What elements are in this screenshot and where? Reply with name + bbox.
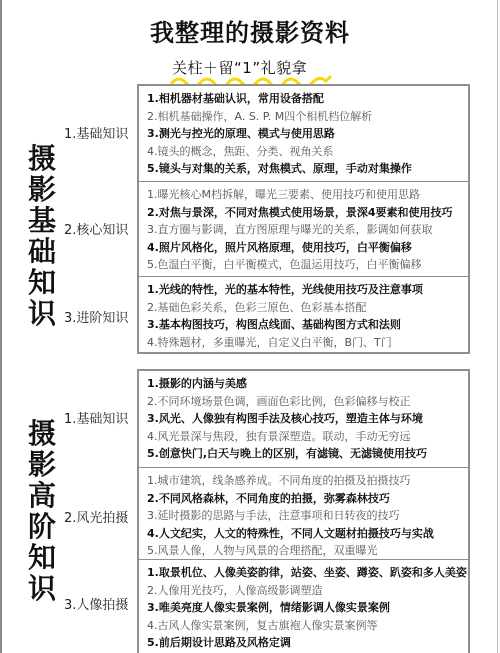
side-title-char: 影 xyxy=(22,449,62,480)
list-item: 5.风景人像，人物与风景的合理搭配，双重曝光 xyxy=(147,542,468,560)
side-title-char: 知 xyxy=(22,542,62,573)
side-title-char: 识 xyxy=(22,298,62,329)
list-item: 2.基础色彩关系，色彩三原色、色彩基本搭配 xyxy=(147,299,468,317)
section-box: 1.光线的特性，光的基本特性，光线使用技巧及注意事项2.基础色彩关系，色彩三原色… xyxy=(139,276,468,356)
section-label: 2.核心知识 xyxy=(64,219,136,238)
list-item: 4.风光景深与焦段，独有景深塑造。联动，手动无穷远 xyxy=(147,428,468,446)
list-item: 3.基本构图技巧，构图点线面、基础构图方式和法则 xyxy=(147,316,468,334)
list-item: 1.相机器材基础认识，常用设备搭配 xyxy=(147,90,468,108)
list-item: 3.风光、人像独有构图手法及核心技巧，塑造主体与环境 xyxy=(147,410,468,428)
section-box: 1.曝光核心M档拆解，曝光三要素、使用技巧和使用思路2.对焦与景深，不同对焦模式… xyxy=(139,181,468,276)
list-item: 3.延时摄影的思路与手法，注意事项和日转夜的技巧 xyxy=(147,507,468,525)
list-item: 2.人像用光技巧，人像高级影调塑造 xyxy=(147,582,468,600)
list-item: 1.摄影的内涵与美感 xyxy=(147,375,468,393)
list-item: 1.取景机位、人像美姿韵律，站姿、坐姿、蹲姿、趴姿和多人美姿 xyxy=(147,564,468,582)
list-item: 3.测光与控光的原理、模式与使用思路 xyxy=(147,125,468,143)
list-item: 4.特殊题材，多重曝光，自定义白平衡，B门、T门 xyxy=(147,334,468,352)
section-box: 1.城市建筑，线条感养成。不同角度的拍摄及拍摄技巧2.不同风格森林，不同角度的拍… xyxy=(139,467,468,559)
list-item: 3.唯美亮度人像实景案例，情绪影调人像实景案例 xyxy=(147,599,468,617)
list-item: 3.直方圈与影调，直方图原理与曝光的关系，影调如何获取 xyxy=(147,221,468,239)
list-item: 1.曝光核心M档拆解，曝光三要素、使用技巧和使用思路 xyxy=(147,186,468,204)
list-item: 5.创意快门,白天与晚上的区别，有滤镜、无滤镜使用技巧 xyxy=(147,445,468,463)
list-item: 4.照片风格化，照片风格原理，使用技巧，白平衡偏移 xyxy=(147,239,468,257)
section-box: 1.相机器材基础认识，常用设备搭配2.相机基础操作，A. S. P. M四个相机… xyxy=(139,86,468,181)
list-item: 2.相机基础操作，A. S. P. M四个相机档位解析 xyxy=(147,108,468,126)
page-title: 我整理的摄影资料 xyxy=(0,13,500,48)
side-title-char: 摄 xyxy=(22,143,62,174)
side-title-char: 阶 xyxy=(22,511,62,542)
side-title-char: 知 xyxy=(22,267,62,298)
content-group-advanced: 1.摄影的内涵与美感2.不同环境场景色调，画面色彩比例，色彩偏移与校正3.风光、… xyxy=(137,369,470,653)
list-item: 5.前后期设计思路及风格定调 xyxy=(147,634,468,652)
section-label: 1.基础知识 xyxy=(64,408,136,427)
side-title-char: 高 xyxy=(22,480,62,511)
side-title-char: 影 xyxy=(22,174,62,205)
list-item: 4.镜头的概念，焦距、分类、视角关系 xyxy=(147,143,468,161)
list-item: 5.镜头与对集的关系，对焦模式、原理，手动对集操作 xyxy=(147,160,468,178)
list-item: 4.人文纪实，人文的特殊性，不同人文题材拍摄技巧与实战 xyxy=(147,525,468,543)
section-box: 1.摄影的内涵与美感2.不同环境场景色调，画面色彩比例，色彩偏移与校正3.风光、… xyxy=(139,371,468,467)
list-item: 4.古风人像实景案例，复古旗袍人像实景案例等 xyxy=(147,617,468,635)
list-item: 2.不同风格森林，不同角度的拍摄，弥雾森林技巧 xyxy=(147,490,468,508)
side-title-char: 摄 xyxy=(22,418,62,449)
list-item: 2.不同环境场景色调，画面色彩比例，色彩偏移与校正 xyxy=(147,393,468,411)
section-label: 3.进阶知识 xyxy=(64,307,136,326)
part-title-basic: 摄影基础知识 xyxy=(22,143,62,329)
part-title-advanced: 摄影高阶知识 xyxy=(22,418,62,604)
list-item: 2.对焦与景深，不同对焦模式使用场景，景深4要素和使用技巧 xyxy=(147,204,468,222)
list-item: 5.色温白平衡，白平衡模式，色温运用技巧，白平衡偏移 xyxy=(147,256,468,274)
list-item: 1.城市建筑，线条感养成。不同角度的拍摄及拍摄技巧 xyxy=(147,472,468,490)
section-label: 1.基础知识 xyxy=(64,123,136,142)
section-box: 1.取景机位、人像美姿韵律，站姿、坐姿、蹲姿、趴姿和多人美姿2.人像用光技巧，人… xyxy=(139,559,468,653)
side-title-char: 基 xyxy=(22,205,62,236)
side-title-char: 础 xyxy=(22,236,62,267)
section-label: 3.人像拍摄 xyxy=(64,594,136,613)
section-label: 2.风光拍摄 xyxy=(64,507,136,526)
content-group-basic: 1.相机器材基础认识，常用设备搭配2.相机基础操作，A. S. P. M四个相机… xyxy=(137,84,470,354)
list-item: 1.光线的特性，光的基本特性，光线使用技巧及注意事项 xyxy=(147,281,468,299)
side-title-char: 识 xyxy=(22,573,62,604)
